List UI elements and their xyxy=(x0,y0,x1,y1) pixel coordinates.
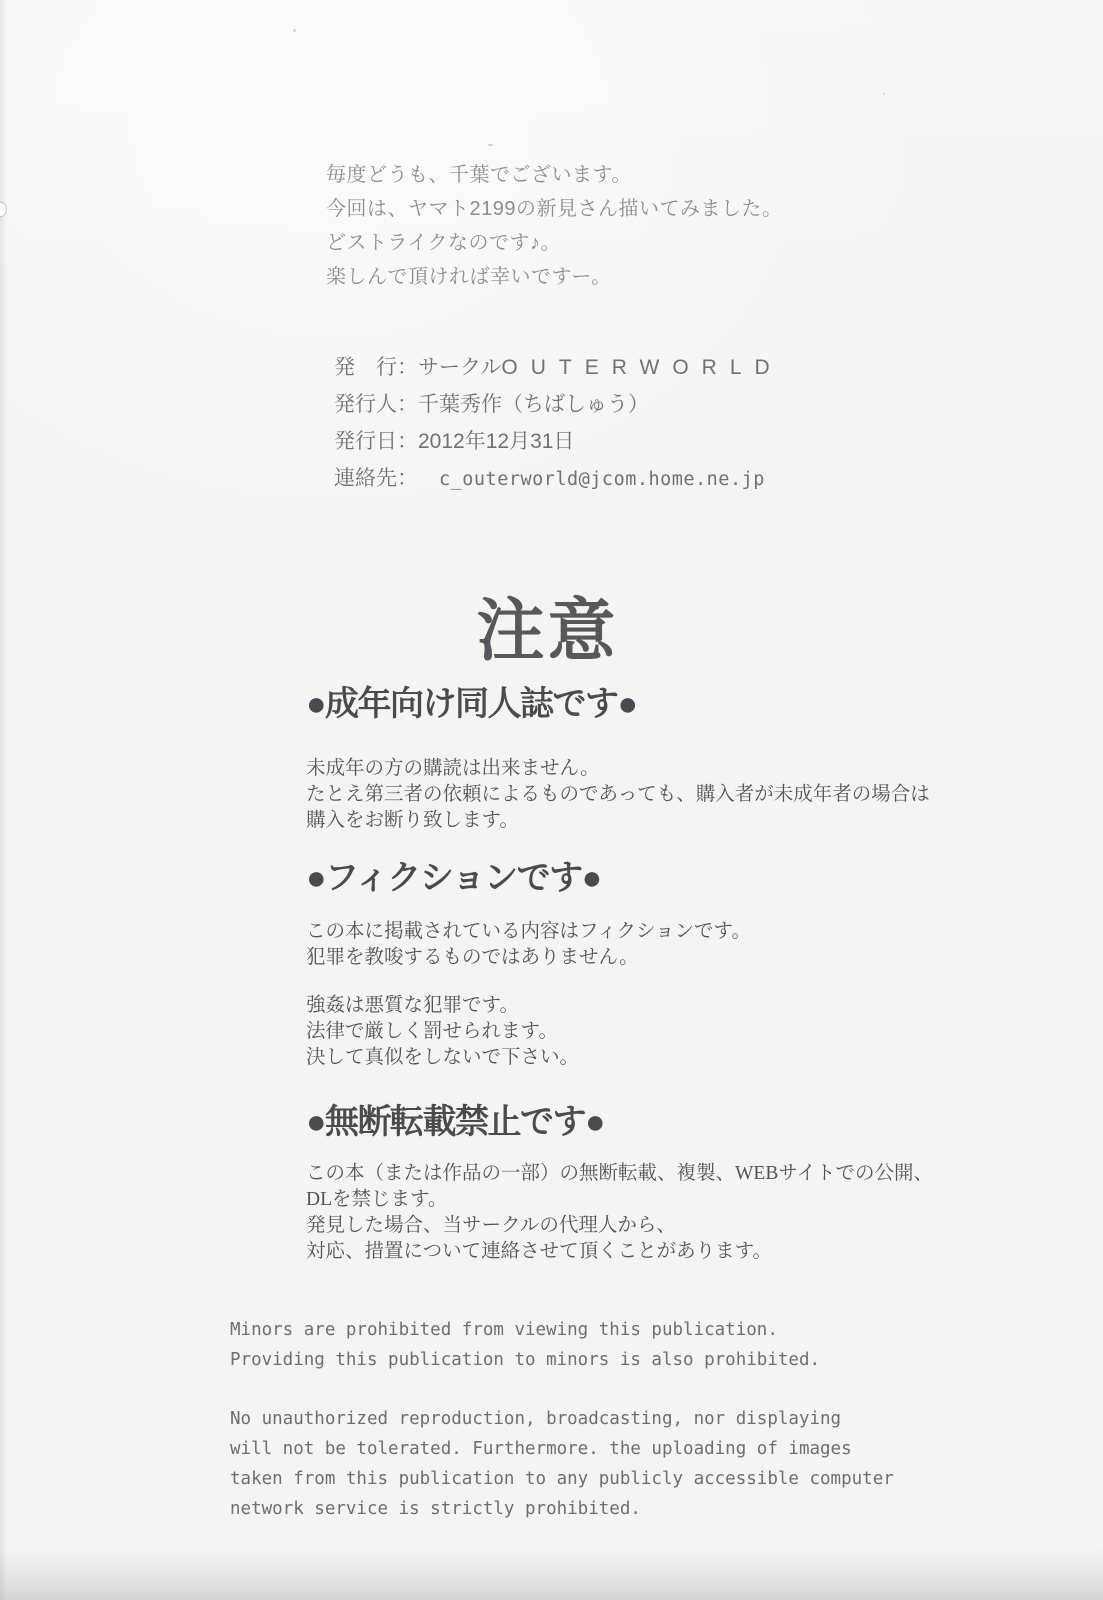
section-body-crime-warning: 強姦は悪質な犯罪です。 法律で厳しく罰せられます。 決して真似をしないで下さい。 xyxy=(306,993,579,1071)
section-body-fiction: この本に掲載されている内容はフィクションです。 犯罪を教唆するものではありません… xyxy=(306,919,751,971)
scan-bottom-shadow xyxy=(0,1548,1103,1600)
body-line: 決して真似をしないで下さい。 xyxy=(306,1045,579,1071)
body-line: この本に掲載されている内容はフィクションです。 xyxy=(306,919,751,945)
english-reproduction-notice: No unauthorized reproduction, broadcasti… xyxy=(230,1404,894,1524)
colophon-block: 発 行：サークルOUTERWORLD 発行人：千葉秀作（ちばしゅう） 発行日：2… xyxy=(334,349,783,498)
body-line: 未成年の方の購読は出来ません。 xyxy=(306,756,930,782)
english-line: will not be tolerated. Furthermore. the … xyxy=(230,1434,894,1464)
greeting-line: 今回は、ヤマト2199の新見さん描いてみました。 xyxy=(326,192,783,226)
body-line: この本（または作品の一部）の無断転載、複製、WEBサイトでの公開、 xyxy=(306,1161,933,1187)
body-line: DLを禁じます。 xyxy=(306,1187,933,1213)
body-line: たとえ第三者の依頼によるものであっても、購入者が未成年者の場合は xyxy=(306,782,930,808)
body-line: 犯罪を教唆するものではありません。 xyxy=(306,945,751,971)
colophon-contact-row: 連絡先：c_outerworld@jcom.home.ne.jp xyxy=(334,460,783,498)
scan-speck xyxy=(293,29,296,32)
scan-speck xyxy=(488,144,493,146)
section-heading-adult-only: ●成年向け同人誌です● xyxy=(306,685,637,725)
english-line: taken from this publication to any publi… xyxy=(230,1464,894,1494)
scan-left-shadow xyxy=(0,0,7,1600)
publisher-label: 発 行：サークル xyxy=(334,356,501,379)
greeting-line: どストライクなのです♪。 xyxy=(326,226,783,260)
colophon-date-row: 発行日：2012年12月31日 xyxy=(334,423,783,460)
section-heading-fiction: ●フィクションです● xyxy=(306,859,601,899)
body-line: 法律で厳しく罰せられます。 xyxy=(306,1019,579,1045)
section-heading-no-reproduction: ●無断転載禁止です● xyxy=(306,1103,604,1143)
body-line: 購入をお断り致します。 xyxy=(306,808,930,834)
section-body-no-reproduction: この本（または作品の一部）の無断転載、複製、WEBサイトでの公開、 DLを禁じま… xyxy=(306,1161,933,1265)
contact-email: c_outerworld@jcom.home.ne.jp xyxy=(439,469,765,490)
scanned-colophon-page: 毎度どうも、千葉でございます。 今回は、ヤマト2199の新見さん描いてみました。… xyxy=(0,0,1103,1600)
scan-speck xyxy=(883,93,885,95)
contact-label: 連絡先： xyxy=(334,467,418,490)
section-body-adult-only: 未成年の方の購読は出来ません。 たとえ第三者の依頼によるものであっても、購入者が… xyxy=(306,756,930,834)
english-line: network service is strictly prohibited. xyxy=(230,1494,894,1524)
notice-title: 注意 xyxy=(0,594,1099,668)
circle-name: OUTERWORLD xyxy=(501,356,782,379)
english-line: No unauthorized reproduction, broadcasti… xyxy=(230,1404,894,1434)
body-line: 強姦は悪質な犯罪です。 xyxy=(306,993,579,1019)
english-line: Minors are prohibited from viewing this … xyxy=(230,1315,820,1345)
colophon-publisher-row: 発 行：サークルOUTERWORLD xyxy=(334,349,783,386)
english-line: Providing this publication to minors is … xyxy=(230,1345,820,1375)
greeting-line: 毎度どうも、千葉でございます。 xyxy=(326,158,783,192)
body-line: 対応、措置について連絡させて頂くことがあります。 xyxy=(306,1239,933,1265)
english-minors-notice: Minors are prohibited from viewing this … xyxy=(230,1315,820,1375)
body-line: 発見した場合、当サークルの代理人から、 xyxy=(306,1213,933,1239)
colophon-author-row: 発行人：千葉秀作（ちばしゅう） xyxy=(334,386,783,423)
greeting-block: 毎度どうも、千葉でございます。 今回は、ヤマト2199の新見さん描いてみました。… xyxy=(326,158,783,294)
greeting-line: 楽しんで頂ければ幸いですー。 xyxy=(326,260,783,294)
